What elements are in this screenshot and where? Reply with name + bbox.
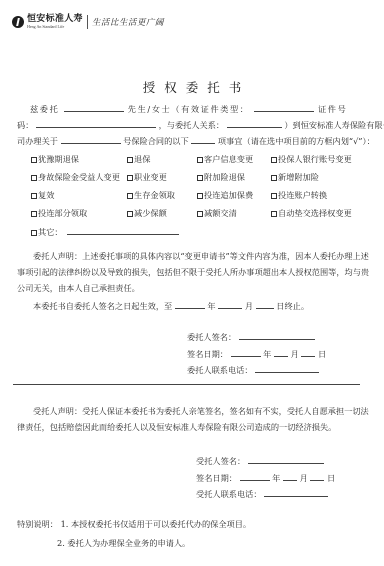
option-3[interactable]: 投保人银行账号变更 [271, 154, 352, 165]
end-year-field[interactable] [175, 300, 205, 309]
notes-label: 特别说明： [17, 519, 58, 529]
option-10[interactable]: 投连追加保费 [197, 190, 253, 201]
agent-signature-row: 受托人签名： [196, 455, 324, 467]
option-15[interactable]: 自动垫交选择权变更 [271, 208, 352, 219]
intro-text: 兹委托 [30, 104, 59, 114]
option-11[interactable]: 投连账户转换 [271, 190, 327, 201]
checkbox-icon[interactable] [197, 175, 203, 181]
intro-text: 码： [17, 120, 33, 130]
policy-number-field[interactable] [61, 135, 121, 144]
agent-phone-field[interactable] [264, 488, 328, 497]
option-7[interactable]: 新增附加险 [271, 172, 319, 183]
agent-signature-field[interactable] [248, 455, 324, 464]
note-item-2: 2. 委托人为办理保全业务的申请人。 [57, 538, 190, 549]
checkbox-icon[interactable] [271, 175, 277, 181]
note-item-1: 1. 本授权委托书仅适用于可以委托代办的保全项目。 [61, 519, 252, 529]
agent-month-field[interactable] [283, 472, 297, 481]
company-logo-icon [12, 16, 24, 28]
agent-statement: 受托人声明：受托人保证本委托书为委托人亲笔签名，签名如有不实，受托人自愿承担一切… [17, 403, 371, 435]
intro-text: ）到恒安标准人寿保险有限公 [284, 120, 384, 130]
checkbox-icon[interactable] [127, 211, 133, 217]
principal-phone-row: 委托人联系电话： [187, 364, 319, 376]
principal-signature-field[interactable] [239, 331, 315, 340]
checkbox-icon[interactable] [127, 193, 133, 199]
checkbox-icon[interactable] [31, 211, 37, 217]
company-name-en: Heng An Standard Life [27, 25, 83, 29]
principal-day-field[interactable] [301, 348, 315, 357]
intro-line-1: 兹委托 先生/女士（有效证件类型： 证件号 [17, 102, 367, 116]
option-14[interactable]: 减额交清 [197, 208, 237, 219]
agent-date-row: 签名日期： 年 月 日 [196, 472, 335, 484]
id-type-field[interactable] [254, 103, 314, 112]
principal-signature-row: 委托人签名： [187, 331, 315, 343]
principal-phone-field[interactable] [255, 364, 319, 373]
option-9[interactable]: 生存金领取 [127, 190, 175, 201]
checkbox-icon[interactable] [197, 157, 203, 163]
principal-date-row: 签名日期： 年 月 日 [187, 348, 326, 360]
option-13[interactable]: 减少保额 [127, 208, 167, 219]
section-divider [13, 384, 360, 385]
checkbox-icon[interactable] [127, 157, 133, 163]
item-count-field[interactable] [191, 135, 215, 144]
principal-month-field[interactable] [274, 348, 288, 357]
option-8[interactable]: 复效 [31, 190, 54, 201]
option-5[interactable]: 职业变更 [127, 172, 167, 183]
principal-statement: 委托人声明：上述委托事项的具体内容以“变更申请书”等文件内容为准，因本人委托办理… [17, 248, 371, 296]
checkbox-icon[interactable] [197, 211, 203, 217]
company-logo: 恒安标准人寿 Heng An Standard Life 生活比生活更广阔 [12, 13, 164, 31]
id-number-field[interactable] [36, 119, 156, 128]
checkbox-icon[interactable] [127, 175, 133, 181]
end-month-field[interactable] [218, 300, 242, 309]
option-12[interactable]: 投连部分领取 [31, 208, 87, 219]
intro-line-3: 司办理关于 号保险合同的以下 项事宜（请在选中项目前的方框内划“√”）： [17, 134, 367, 148]
checkbox-icon[interactable] [31, 193, 37, 199]
checkbox-icon[interactable] [271, 157, 277, 163]
principal-name-field[interactable] [64, 103, 124, 112]
special-notes: 特别说明： 1. 本授权委托书仅适用于可以委托代办的保全项目。 [17, 519, 251, 530]
intro-text: 先生/女士（有效证件类型： [128, 104, 250, 114]
document-title: 授权委托书 [0, 78, 384, 96]
intro-text: 证件号 [318, 104, 347, 114]
checkbox-icon[interactable] [31, 175, 37, 181]
slogan: 生活比生活更广阔 [92, 16, 164, 28]
checkbox-icon[interactable] [271, 211, 277, 217]
option-1[interactable]: 退保 [127, 154, 150, 165]
relationship-field[interactable] [227, 119, 282, 128]
company-name-cn: 恒安标准人寿 [27, 15, 83, 24]
option-6[interactable]: 附加险退保 [197, 172, 245, 183]
principal-year-field[interactable] [231, 348, 261, 357]
checkbox-icon[interactable] [197, 193, 203, 199]
checkbox-icon[interactable] [271, 193, 277, 199]
option-0[interactable]: 犹豫期退保 [31, 154, 79, 165]
checkbox-icon[interactable] [31, 230, 37, 236]
agent-day-field[interactable] [310, 472, 324, 481]
other-field[interactable] [67, 226, 179, 235]
option-2[interactable]: 客户信息变更 [197, 154, 253, 165]
checkbox-icon[interactable] [31, 157, 37, 163]
option-other[interactable]: 其它： [31, 226, 179, 238]
validity-line: 本委托书自委托人签名之日起生效，至 年 月 日终止。 [17, 299, 367, 313]
intro-text: 项事宜（请在选中项目前的方框内划“√”）： [218, 136, 375, 146]
agent-phone-row: 受托人联系电话： [196, 488, 328, 500]
logo-divider [87, 15, 88, 29]
intro-text: 号保险合同的以下 [123, 136, 189, 146]
intro-text: 司办理关于 [17, 136, 58, 146]
intro-line-2: 码： ，与委托人关系： ）到恒安标准人寿保险有限公 [17, 118, 367, 132]
agent-year-field[interactable] [240, 472, 270, 481]
intro-text: ，与委托人关系： [159, 120, 225, 130]
end-day-field[interactable] [256, 300, 274, 309]
option-4[interactable]: 身故保险金受益人变更 [31, 172, 120, 183]
